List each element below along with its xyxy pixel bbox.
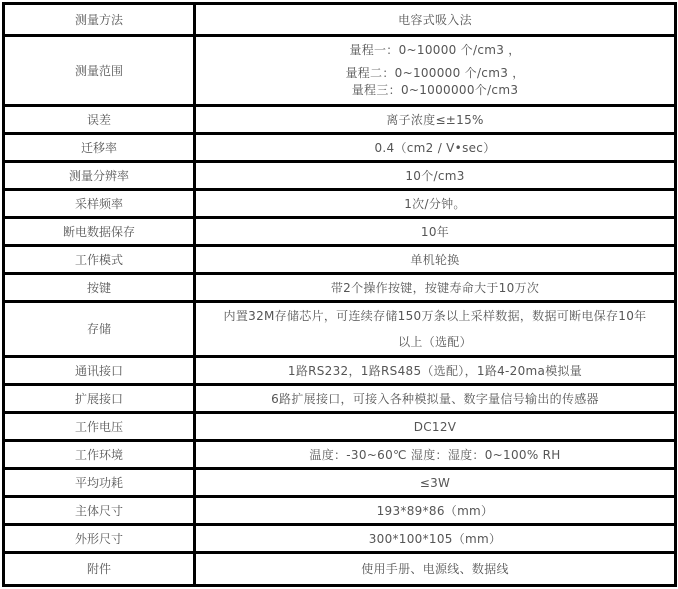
table-row: 工作电压 DC12V <box>4 413 676 441</box>
table-row: 按键 带2个操作按键，按键寿命大于10万次 <box>4 274 676 302</box>
table-row: 测量范围 量程一：0~10000 个/cm3 ， 量程二：0~100000 个/… <box>4 36 676 106</box>
row-label-body-size: 主体尺寸 <box>4 497 195 525</box>
table-row: 扩展接口 6路扩展接口，可接入各种模拟量、数字量信号输出的传感器 <box>4 385 676 413</box>
table-row: 通讯接口 1路RS232，1路RS485（选配），1路4-20ma模拟量 <box>4 357 676 385</box>
row-value-data-retention: 10年 <box>195 218 676 246</box>
row-label-storage: 存储 <box>4 302 195 357</box>
row-value-body-size: 193*89*86（mm） <box>195 497 676 525</box>
row-value-storage: 内置32M存储芯片，可连续存储150万条以上采样数据，数据可断电保存10年 以上… <box>195 302 676 357</box>
row-value-accessories: 使用手册、电源线、数据线 <box>195 553 676 586</box>
storage-line-2: 以上（选配） <box>200 329 670 355</box>
row-value-communication-interface: 1路RS232，1路RS485（选配），1路4-20ma模拟量 <box>195 357 676 385</box>
row-label-error: 误差 <box>4 106 195 134</box>
row-label-communication-interface: 通讯接口 <box>4 357 195 385</box>
table-row: 误差 离子浓度≤±15% <box>4 106 676 134</box>
table-row: 测量方法 电容式吸入法 <box>4 4 676 36</box>
table-row: 附件 使用手册、电源线、数据线 <box>4 553 676 586</box>
row-value-error: 离子浓度≤±15% <box>195 106 676 134</box>
storage-line-1: 内置32M存储芯片，可连续存储150万条以上采样数据，数据可断电保存10年 <box>200 303 670 329</box>
row-value-sampling-frequency: 1次/分钟。 <box>195 190 676 218</box>
row-value-working-voltage: DC12V <box>195 413 676 441</box>
row-value-working-environment: 温度：-30~60℃ 湿度：湿度：0~100% RH <box>195 441 676 469</box>
row-value-outer-size: 300*100*105（mm） <box>195 525 676 553</box>
row-label-average-power: 平均功耗 <box>4 469 195 497</box>
table-row: 测量分辨率 10个/cm3 <box>4 162 676 190</box>
row-label-working-environment: 工作环境 <box>4 441 195 469</box>
spec-table: 测量方法 电容式吸入法 测量范围 量程一：0~10000 个/cm3 ， 量程二… <box>2 2 677 587</box>
row-label-measurement-range: 测量范围 <box>4 36 195 106</box>
row-value-measurement-method: 电容式吸入法 <box>195 4 676 36</box>
row-label-mobility: 迁移率 <box>4 134 195 162</box>
row-label-sampling-frequency: 采样频率 <box>4 190 195 218</box>
row-value-buttons: 带2个操作按键，按键寿命大于10万次 <box>195 274 676 302</box>
table-row: 采样频率 1次/分钟。 <box>4 190 676 218</box>
table-row: 主体尺寸 193*89*86（mm） <box>4 497 676 525</box>
row-label-measurement-method: 测量方法 <box>4 4 195 36</box>
row-label-data-retention: 断电数据保存 <box>4 218 195 246</box>
table-row: 工作环境 温度：-30~60℃ 湿度：湿度：0~100% RH <box>4 441 676 469</box>
range-line-1: 量程一：0~10000 个/cm3 ， <box>200 42 670 59</box>
row-label-resolution: 测量分辨率 <box>4 162 195 190</box>
table-row: 迁移率 0.4（cm2 / V•sec） <box>4 134 676 162</box>
row-value-resolution: 10个/cm3 <box>195 162 676 190</box>
row-label-working-voltage: 工作电压 <box>4 413 195 441</box>
row-value-average-power: ≤3W <box>195 469 676 497</box>
table-row: 工作模式 单机轮换 <box>4 246 676 274</box>
range-line-3: 量程三：0~1000000个/cm3 <box>200 82 670 99</box>
row-label-work-mode: 工作模式 <box>4 246 195 274</box>
row-value-expansion-interface: 6路扩展接口，可接入各种模拟量、数字量信号输出的传感器 <box>195 385 676 413</box>
range-line-2: 量程二：0~100000 个/cm3 ， <box>200 65 670 82</box>
row-label-outer-size: 外形尺寸 <box>4 525 195 553</box>
row-value-mobility: 0.4（cm2 / V•sec） <box>195 134 676 162</box>
table-row: 平均功耗 ≤3W <box>4 469 676 497</box>
row-value-work-mode: 单机轮换 <box>195 246 676 274</box>
table-row: 外形尺寸 300*100*105（mm） <box>4 525 676 553</box>
row-value-measurement-range: 量程一：0~10000 个/cm3 ， 量程二：0~100000 个/cm3 ，… <box>195 36 676 106</box>
row-label-accessories: 附件 <box>4 553 195 586</box>
table-row: 存储 内置32M存储芯片，可连续存储150万条以上采样数据，数据可断电保存10年… <box>4 302 676 357</box>
table-row: 断电数据保存 10年 <box>4 218 676 246</box>
row-label-expansion-interface: 扩展接口 <box>4 385 195 413</box>
row-label-buttons: 按键 <box>4 274 195 302</box>
